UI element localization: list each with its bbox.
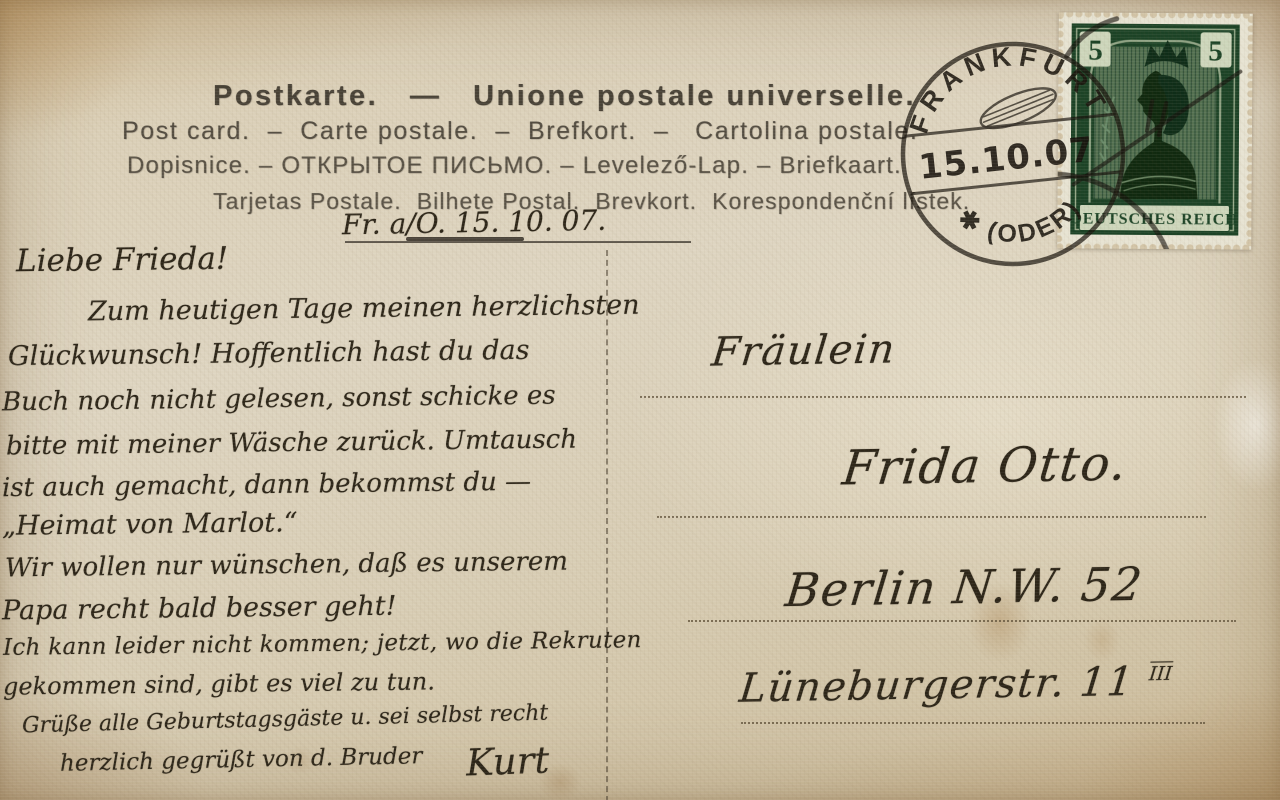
- message-salutation: Liebe Frieda!: [16, 241, 229, 280]
- address-floor: III: [1148, 662, 1173, 685]
- address-title: Fräulein: [709, 326, 898, 375]
- message-line: Glückwunsch! Hoffentlich hast du das: [8, 335, 530, 372]
- handwritten-date: Fr. a/O. 15. 10. 07.: [342, 204, 607, 242]
- date-underline-heavy: [406, 237, 524, 241]
- postmark: FRANKFURT 15.10.07 ✱ (ODER): [880, 16, 1145, 292]
- address-name: Frida Otto.: [840, 436, 1130, 497]
- stamp-value-right: 5: [1208, 35, 1223, 67]
- header-line-english-french: Post card. – Carte postale. – Brefkort. …: [122, 117, 918, 146]
- header-line-slavic-hungarian: Dopisnice. – ОТКРЫТОЕ ПИСЬМО. – Levelező…: [127, 152, 902, 180]
- svg-text:✱ (ODER): ✱ (ODER): [951, 191, 1090, 255]
- header-line-german: Postkarte. — Unione postale universelle.: [213, 80, 916, 113]
- message-line: Papa recht bald besser geht!: [2, 591, 397, 627]
- message-line: Ich kann leider nicht kommen; jetzt, wo …: [3, 627, 642, 661]
- message-line: Wir wollen nur wünschen, daß es unserem: [5, 547, 568, 584]
- address-street: Lüneburgerstr. 11 III: [737, 658, 1173, 712]
- message-line: bitte mit meiner Wäsche zurück. Umtausch: [6, 425, 577, 462]
- message-line: Grüße alle Geburtstagsgäste u. sei selbs…: [22, 701, 549, 739]
- address-rule-2: [657, 516, 1206, 518]
- postmark-date: 15.10.07: [917, 130, 1096, 188]
- address-street-text: Lüneburgerstr. 11: [737, 659, 1136, 712]
- address-rule-1: [640, 396, 1246, 398]
- message-line: herzlich gegrüßt von d. Bruder: [60, 743, 423, 777]
- svg-text:FRANKFURT: FRANKFURT: [896, 31, 1116, 140]
- centre-divider-rule: [606, 250, 608, 800]
- message-line: „Heimat von Marlot.“: [2, 507, 298, 542]
- message-line: gekommen sind, gibt es viel zu tun.: [3, 667, 435, 700]
- message-line: Zum heutigen Tage meinen herzlichsten: [88, 290, 640, 328]
- address-rule-3: [688, 620, 1236, 622]
- postmark-town: FRANKFURT: [896, 31, 1116, 140]
- message-signature: Kurt: [465, 739, 550, 785]
- message-line: Buch noch nicht gelesen, sonst schicke e…: [2, 381, 556, 418]
- postmark-region: ✱ (ODER): [951, 191, 1090, 255]
- postcard-back: Postkarte. — Unione postale universelle.…: [0, 0, 1280, 800]
- address-city: Berlin N.W. 52: [783, 557, 1146, 617]
- address-rule-4: [741, 722, 1205, 724]
- message-line: ist auch gemacht, dann bekommst du —: [2, 467, 531, 503]
- date-underline: [345, 241, 691, 243]
